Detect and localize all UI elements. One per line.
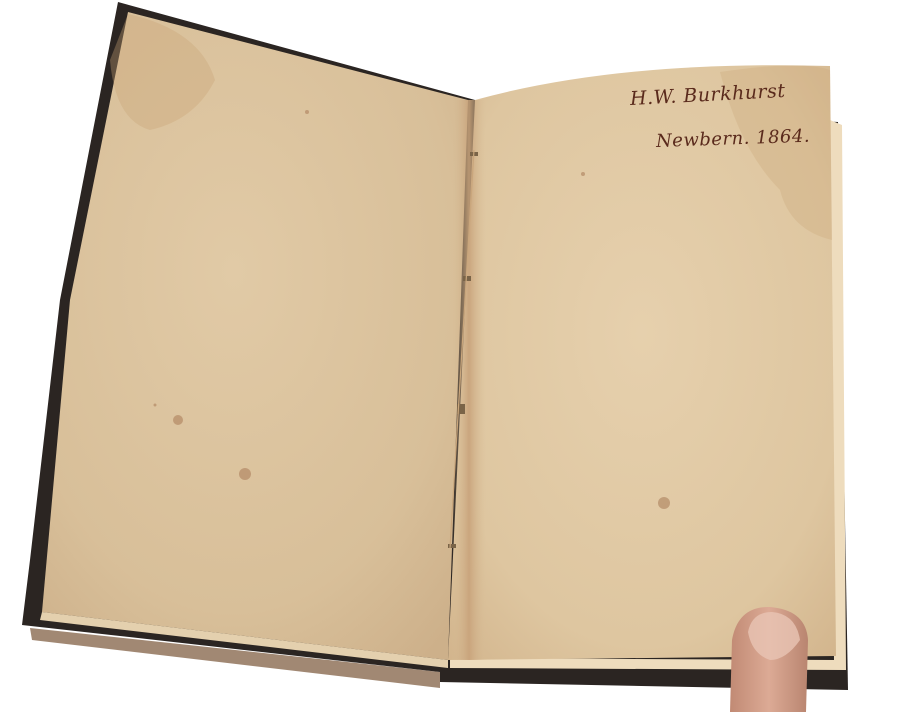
book-photo: [0, 0, 900, 712]
gutter: [452, 100, 486, 660]
